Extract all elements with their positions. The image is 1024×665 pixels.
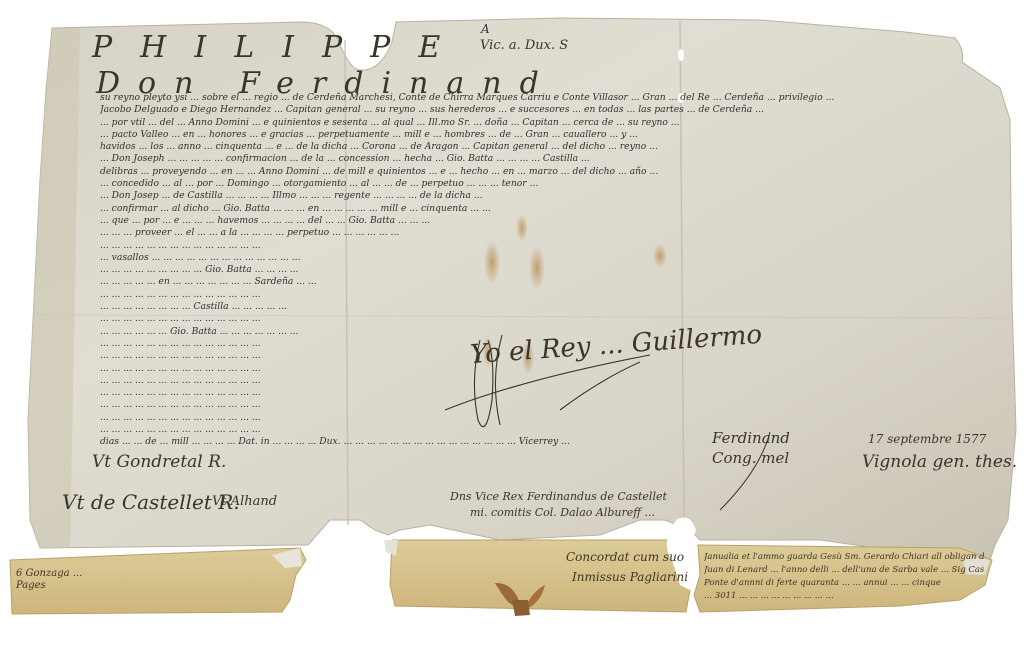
body-line: ... ... ... ... ... ... ... ... ... ... … [100,289,1000,301]
body-line: ... concedido ... al ... por ... Domingo… [100,178,1000,190]
body-line: delibras ... proveyendo ... en ... ... A… [100,166,1000,178]
body-line: ... Don Joseph ... ... ... ... ... confi… [100,153,1000,165]
body-line: ... pacto Valleo ... en ... honores ... … [100,129,1000,141]
body-line: havidos ... los ... anno ... cinquenta .… [100,141,1000,153]
body-line: su reyno pleyto ysi ... sobre el ... reg… [100,92,1000,104]
flap-right-line-4: ... 3011 ... ... ... ... ... ... ... ...… [704,591,954,601]
center-note-2: mi. comitis Col. Dalao Albureff ... [470,506,655,519]
flap-right-line-3: Ponte d'annni di ferte quaranta ... ... … [704,578,974,588]
top-note: Vic. a. Dux. S [480,38,568,53]
signature-left-1: Vt Gondretal R. [92,452,226,472]
heading-philippe: PHILIPPE [92,30,468,65]
body-text: su reyno pleyto ysi ... sobre el ... reg… [100,92,1000,449]
body-line: ... ... ... ... ... ... ... ... ... Gio.… [100,264,1000,276]
signature-left-3: Vt Alhand [212,494,277,509]
flap-right-line-1: Janualia et l'ammo guarda Gesù Sm. Gerar… [704,552,984,562]
body-line: ... ... ... ... ... en ... ... ... ... .… [100,276,1000,288]
body-line: ... ... ... ... ... ... ... ... ... ... … [100,412,1000,424]
body-line: ... ... ... proveer ... el ... ... a la … [100,227,1000,239]
flap-left-text: 6 Gonzaga ... Pages [16,568,86,592]
document-photo: PHILIPPE Don Ferdinand A Vic. a. Dux. S … [0,0,1024,665]
top-mark: A [481,22,490,36]
signature-date: 17 septembre 1577 [868,432,986,446]
body-line: dias ... ... de ... mill ... ... ... ...… [100,436,1000,448]
body-line: ... ... ... ... ... ... ... ... ... ... … [100,387,1000,399]
body-line: ... ... ... ... ... ... ... ... ... ... … [100,240,1000,252]
signature-right-2: Vignola gen. thes. [862,452,1017,472]
body-line: ... ... ... ... ... ... ... ... Castilla… [100,301,1000,313]
body-line: ... ... ... ... ... ... ... ... ... ... … [100,375,1000,387]
flap-center-line-1: Concordat cum suo [566,550,684,564]
signature-right-1: Ferdinand Cong. mel [712,428,802,468]
body-line: ... confirmar ... al dicho ... Gio. Batt… [100,203,1000,215]
body-line: Jacobo Delguado e Diego Hernandez ... Ca… [100,104,1000,116]
body-line: ... ... ... ... ... ... ... ... ... ... … [100,424,1000,436]
body-line: ... por vtil ... del ... Anno Domini ...… [100,117,1000,129]
flap-right-line-2: Juan di Lenard ... l'anno delli ... dell… [704,565,984,575]
body-line: ... Don Josep ... de Castilla ... ... ..… [100,190,1000,202]
body-line: ... ... ... ... ... ... ... ... ... ... … [100,399,1000,411]
body-line: ... vasallos ... ... ... ... ... ... ...… [100,252,1000,264]
body-line: ... ... ... ... ... ... ... ... ... ... … [100,313,1000,325]
flap-center-line-2: Inmissus Pagliarini [572,570,688,584]
center-note-1: Dns Vice Rex Ferdinandus de Castellet [450,490,667,503]
body-line: ... que ... por ... e ... ... ... havemo… [100,215,1000,227]
